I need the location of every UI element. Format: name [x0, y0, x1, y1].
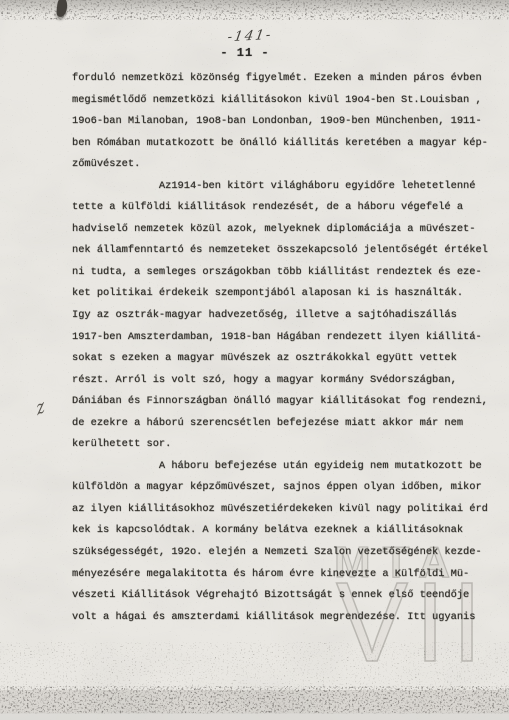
text-line: hadviselő nemzetek közül azok, melyeknek…: [72, 219, 497, 241]
text-line: forduló nemzetközi közönség figyelmét. E…: [72, 68, 497, 90]
text-line: 1917-ben Amszterdamban, 1918-ban Hágában…: [72, 327, 497, 349]
text-line: kek is kapcsolódtak. A kormány belátva e…: [72, 520, 497, 542]
text-line: volt a hágai és amszterdami kiállitások …: [72, 607, 497, 629]
text-line: külföldön a magyar képzőmüvészet, sajnos…: [72, 477, 497, 499]
text-line: nek államfenntartó és nemzeteket összeka…: [72, 240, 497, 262]
text-line: ket politikai érdekeik szempontjából ala…: [72, 283, 497, 305]
text-line: ben Rómában mutatkozott be önálló kiálli…: [72, 133, 497, 155]
text-line: az ilyen kiállitásokhoz müvészetiérdekek…: [72, 499, 497, 521]
scan-bottom-edge-strip: [0, 713, 509, 720]
handwritten-page-number: -141-: [194, 25, 306, 47]
pen-squiggle-mark: z: [35, 396, 47, 421]
text-line: Az1914-ben kitört világháboru egyidőre l…: [72, 176, 497, 198]
text-line: ményezésére megalakitotta és három évre …: [72, 564, 497, 586]
text-line: A háboru befejezése után egyideig nem mu…: [72, 456, 497, 478]
body-text: forduló nemzetközi közönség figyelmét. E…: [72, 68, 497, 628]
text-line: szükségességét, 192o. elején a Nemzeti S…: [72, 542, 497, 564]
scan-top-edge-shading: [0, 0, 509, 15]
scanned-document-page: z -141- - 11 - MTA VII forduló nemzetköz…: [0, 0, 509, 720]
text-line: vészeti Kiállitások Végrehajtó Bizottság…: [72, 585, 497, 607]
typed-page-number: - 11 -: [195, 46, 295, 60]
text-line: ni tudta, a semleges országokban több ki…: [72, 262, 497, 284]
text-line: de ezekre a háború szerencsétlen befejez…: [72, 413, 497, 435]
text-line: megismétlődő nemzetközi kiállitásokon ki…: [72, 90, 497, 112]
text-line: sokat s ezeken a magyar müvészek az oszt…: [72, 348, 497, 370]
text-line: zőmüvészet.: [72, 154, 497, 176]
text-line: részt. Arról is volt szó, hogy a magyar …: [72, 370, 497, 392]
text-line: kerülhetett sor.: [72, 434, 497, 456]
text-line: tette a külföldi kiállitások rendezését,…: [72, 197, 497, 219]
text-line: 19o6-ban Milanoban, 19o8-ban Londonban, …: [72, 111, 497, 133]
text-line: Dániában és Finnországban önálló magyar …: [72, 391, 497, 413]
text-line: Igy az osztrák-magyar hadvezetőség, ille…: [72, 305, 497, 327]
